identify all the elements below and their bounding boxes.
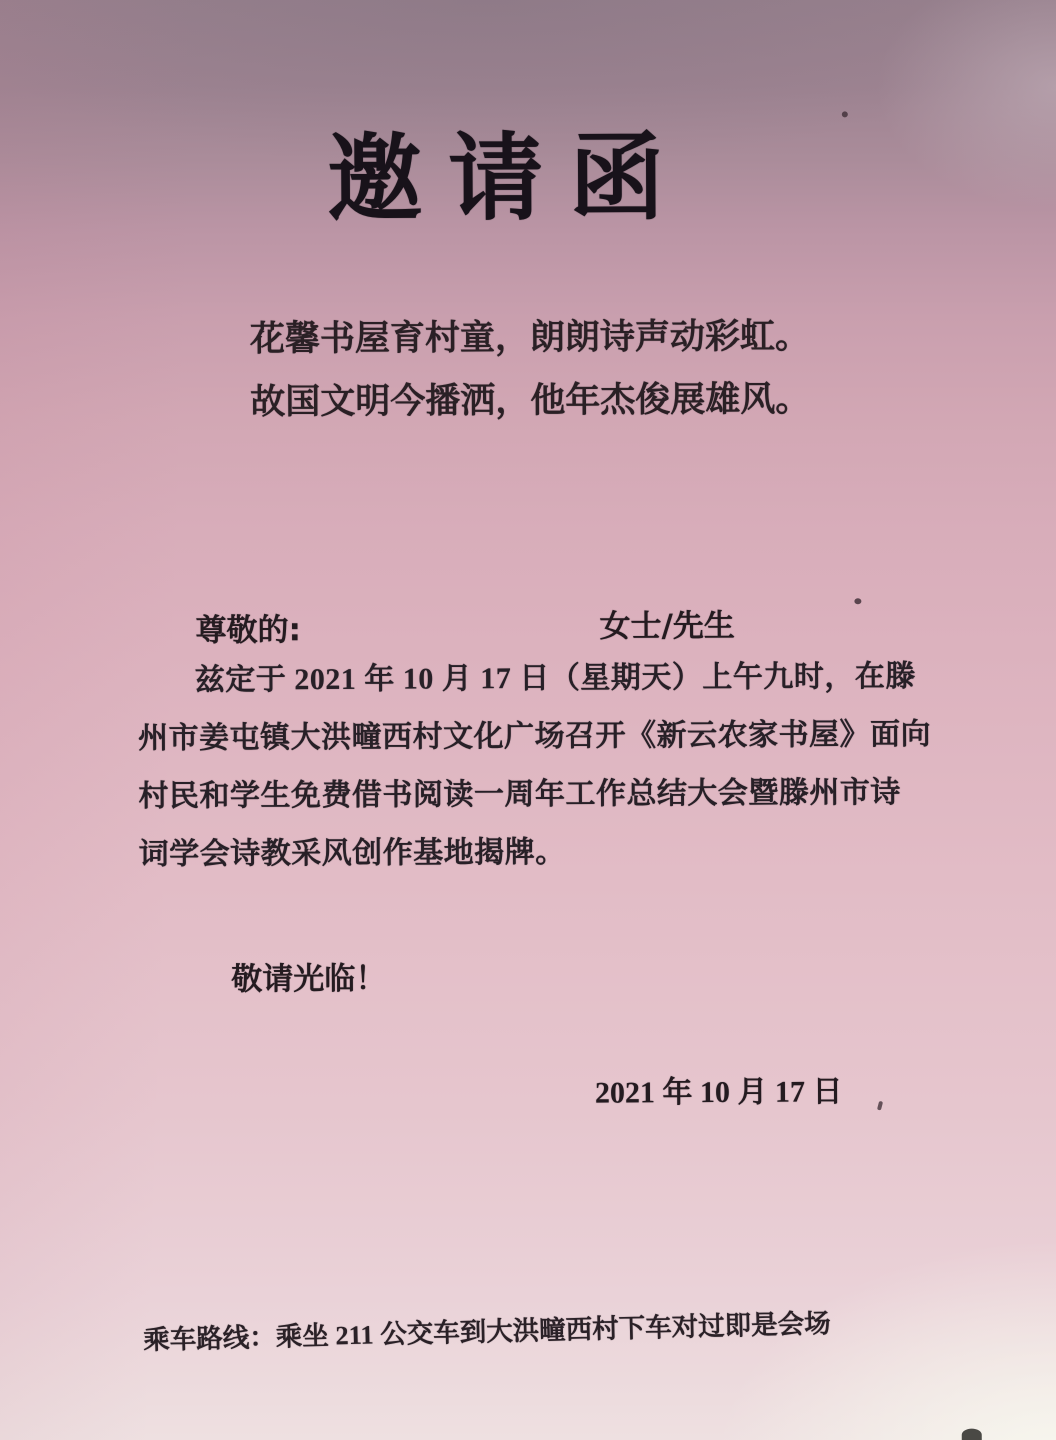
body-line-3: 村民和学生免费借书阅读一周年工作总结大会暨滕州市诗 <box>138 771 901 819</box>
salutation-label: 尊敬的: <box>195 604 301 650</box>
transit-note: 乘车路线：乘坐 211 公交车到大洪疃西村下车对过即是会场 <box>143 1301 831 1357</box>
couplet-line-1: 花馨书屋育村童，朗朗诗声动彩虹。 <box>250 305 810 371</box>
bottom-edge-mark <box>962 1429 982 1440</box>
invitation-letter: 邀请函 花馨书屋育村童，朗朗诗声动彩虹。 故国文明今播洒，他年杰俊展雄风。 尊敬… <box>0 0 1056 1440</box>
ink-speck <box>854 598 861 604</box>
closing-line: 敬请光临！ <box>231 953 386 999</box>
couplet: 花馨书屋育村童，朗朗诗声动彩虹。 故国文明今播洒，他年杰俊展雄风。 <box>250 305 811 434</box>
body-line-4: 词学会诗教采风创作基地揭牌。 <box>139 831 566 877</box>
date-line: 2021 年 10 月 17 日 <box>595 1066 843 1111</box>
ink-speck <box>877 1101 883 1111</box>
body-line-2: 州市姜屯镇大洪疃西村文化广场召开《新云农家书屋》面向 <box>138 713 931 761</box>
couplet-line-2: 故国文明今播洒，他年杰俊展雄风。 <box>250 368 810 434</box>
body-line-1: 兹定于 2021 年 10 月 17 日（星期天）上午九时，在滕 <box>195 655 916 703</box>
invitation-photo: 邀请函 花馨书屋育村童，朗朗诗声动彩虹。 故国文明今播洒，他年杰俊展雄风。 尊敬… <box>0 0 1056 1440</box>
salutation-recipient: 女士/先生 <box>599 600 735 646</box>
ink-speck <box>842 111 848 117</box>
letter-title: 邀请函 <box>327 129 691 231</box>
